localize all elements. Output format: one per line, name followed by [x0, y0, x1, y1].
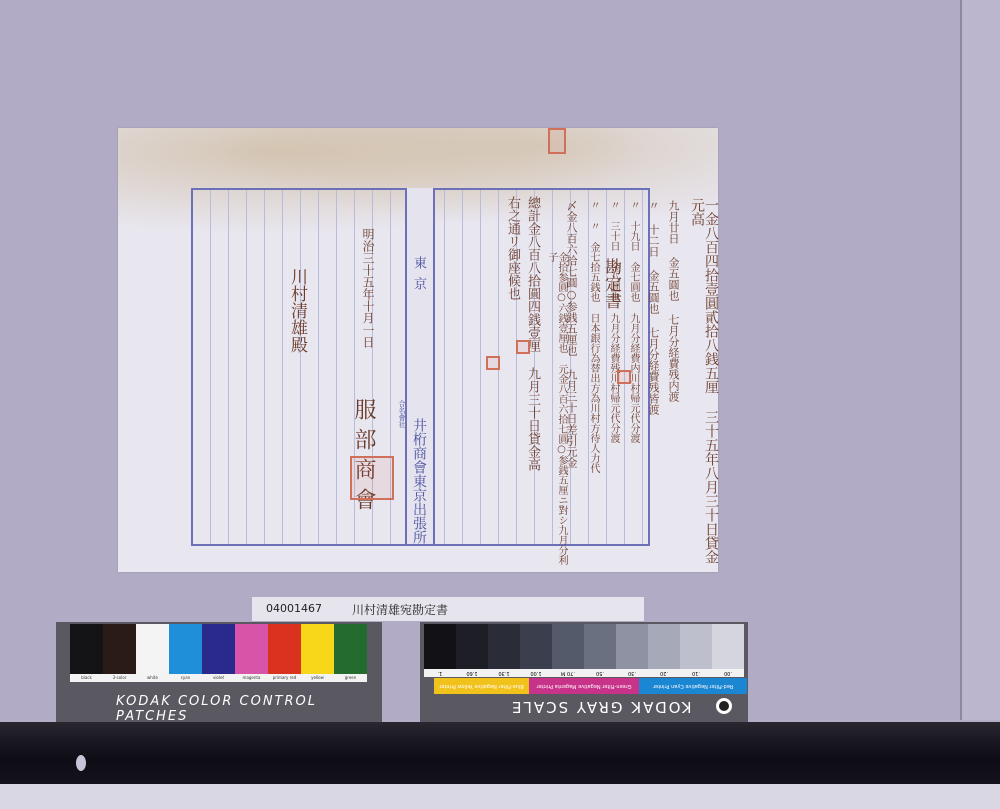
catalog-label: 04001467 川村清雄宛勘定書	[252, 597, 644, 621]
patch-primary-red	[268, 624, 301, 674]
recipient-name: 川村清雄殿	[288, 268, 305, 353]
gray-step	[616, 624, 648, 669]
display-shelf	[0, 722, 1000, 784]
patch-white	[136, 624, 169, 674]
floor	[0, 784, 1000, 809]
item-line-4: 〃 十九日 金七圓也 九月分経費内川村帰元代分渡	[628, 200, 638, 443]
step-label: .00	[712, 669, 744, 677]
backdrop-side-panel	[960, 0, 1000, 720]
patch-magenta	[235, 624, 268, 674]
gray-step	[552, 624, 584, 669]
patch-green	[334, 624, 367, 674]
step-label: 1.00	[520, 669, 552, 677]
sender-seal	[350, 456, 394, 500]
gray-step	[712, 624, 744, 669]
item-line-6: 〃 〃 金七拾五銭也 日本銀行為替出方為川村方待人力代	[588, 200, 598, 473]
step-label: 1.	[424, 669, 456, 677]
letterhead-city: 東京	[409, 256, 428, 298]
gray-step	[584, 624, 616, 669]
patch-label: black	[70, 674, 103, 682]
gray-step-labels: 1. 1.60 1.30 1.00 .70 M .50 .30 .20 .10 …	[424, 669, 744, 677]
patch-label: green	[334, 674, 367, 682]
letterhead-company: 井桁商會東京出張所	[409, 418, 429, 544]
gray-card-title: KODAK GRAY SCALE	[510, 698, 692, 716]
patch-label: white	[136, 674, 169, 682]
patch-label: magenta	[235, 674, 268, 682]
step-label: 1.60	[456, 669, 488, 677]
item-line-5: 〃 三十日 金八圓也 九月分経費残川村帰元代分渡	[608, 200, 618, 443]
gray-step	[488, 624, 520, 669]
document-date: 明治三十五年十月一日	[362, 228, 374, 348]
item-line-8: 金拾参圓○六銭壹厘也 元金八百六拾七圓○参銭五厘ニ對シ九月分利子	[546, 252, 566, 572]
patch-label: primary red	[268, 674, 301, 682]
patch-label: violet	[202, 674, 235, 682]
filter-yellow: Blue-Filter Negative Yellow Printer	[434, 678, 529, 694]
kodak-gray-scale-card: 1. 1.60 1.30 1.00 .70 M .50 .30 .20 .10 …	[420, 622, 748, 722]
item-seal	[516, 340, 530, 354]
catalog-title: 川村清雄宛勘定書	[352, 601, 448, 618]
step-label: 1.30	[488, 669, 520, 677]
step-label: .50	[584, 669, 616, 677]
patch-label: cyan	[169, 674, 202, 682]
color-card-title: KODAK COLOR CONTROL PATCHES	[116, 694, 382, 724]
gray-step	[520, 624, 552, 669]
item-seal	[486, 356, 500, 370]
step-label: .30	[616, 669, 648, 677]
item-line-7: 〆金八百六拾七圓○参銭五厘也 九月三十日差引元金	[566, 200, 577, 468]
letterhead-company-type: 合名會社	[397, 400, 407, 428]
gray-step	[424, 624, 456, 669]
catalog-id: 04001467	[266, 602, 322, 615]
filter-magenta: Green-Filter Negative Magenta Printer	[529, 678, 639, 694]
document-sheet: 東京 井桁商會東京出張所 合名會社 勘定書 一金八百四拾壹圓貳拾八銭五厘 三十五…	[118, 128, 718, 572]
patch-black	[70, 624, 103, 674]
registration-target-icon	[716, 698, 732, 714]
item-line-3: 〃 十二日 金五圓也 七月分経費残皆渡	[648, 200, 659, 415]
gray-step	[456, 624, 488, 669]
color-patches	[70, 624, 367, 674]
patch-labels: black 3-color white cyan violet magenta …	[70, 674, 367, 682]
item-line-2: 九月廿日 金五圓也 七月分経費残内渡	[668, 200, 679, 402]
item-seal	[617, 370, 631, 384]
gray-steps	[424, 624, 744, 669]
patch-cyan	[169, 624, 202, 674]
item-line-9: 總計金八百八拾圓四銭壹厘 九月三十日貸金高	[526, 196, 539, 471]
patch-3-color	[103, 624, 136, 674]
item-line-1: 一金八百四拾壹圓貳拾八銭五厘 三十五年八月三十日貸金元高	[690, 198, 718, 572]
step-label: .20	[648, 669, 680, 677]
patch-label: 3-color	[103, 674, 136, 682]
filter-cyan: Red-Filter Negative Cyan Printer	[639, 678, 747, 694]
patch-label: yellow	[301, 674, 334, 682]
filter-bands: Blue-Filter Negative Yellow Printer Gree…	[434, 678, 747, 694]
step-label: .10	[680, 669, 712, 677]
step-label: .70 M	[552, 669, 584, 677]
shelf-hole	[76, 755, 86, 771]
gray-step	[680, 624, 712, 669]
corner-seal	[548, 128, 566, 154]
kodak-color-control-card: black 3-color white cyan violet magenta …	[56, 622, 382, 722]
patch-yellow	[301, 624, 334, 674]
gray-step	[648, 624, 680, 669]
item-line-10: 右之通リ御座候也	[506, 196, 519, 300]
patch-violet	[202, 624, 235, 674]
